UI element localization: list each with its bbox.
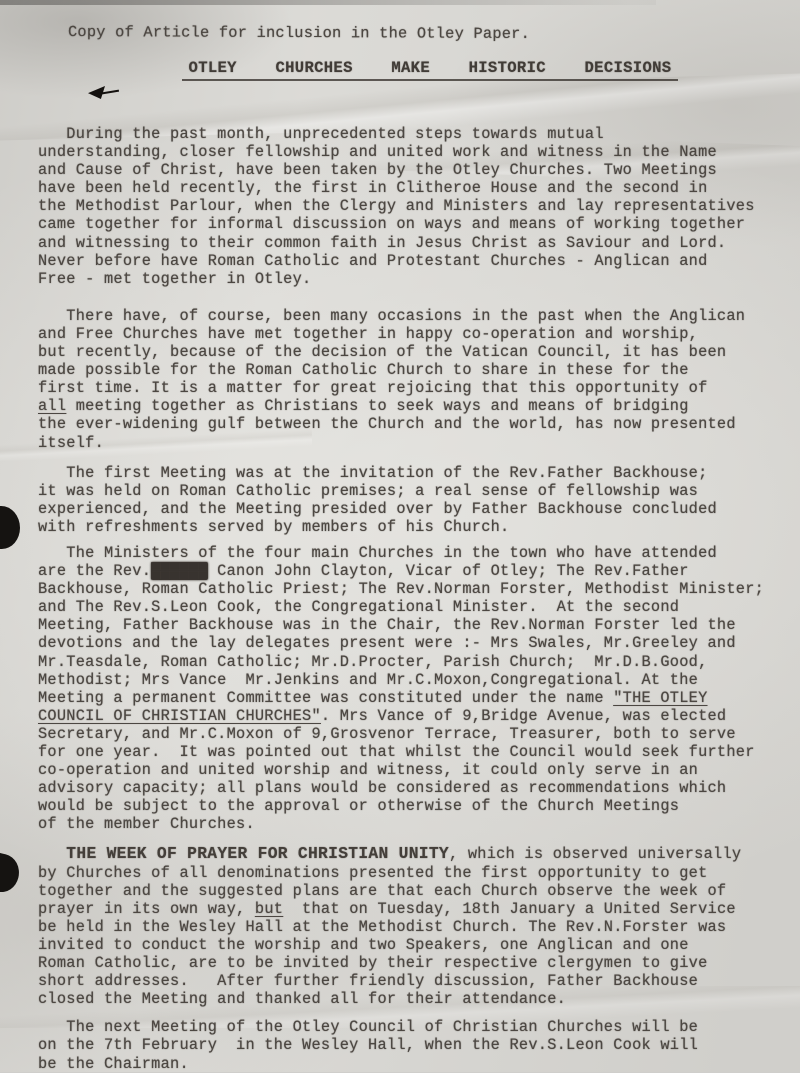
- text-line: be the Chairman.: [38, 1055, 788, 1073]
- text-line: Roman Catholic, are to be invited by the…: [38, 954, 788, 972]
- text-segment: Canon John Clayton, Vicar of Otley; The …: [208, 562, 689, 580]
- text-line: and The Rev.S.Leon Cook, the Congregatio…: [38, 598, 788, 616]
- text-segment: the ever-widening gulf between the Churc…: [38, 415, 736, 433]
- text-segment: experienced, and the Meeting presided ov…: [38, 500, 717, 518]
- text-segment: with refreshments served by members of h…: [38, 518, 509, 536]
- text-segment: Roman Catholic, are to be invited by the…: [38, 954, 708, 972]
- text-segment: COUNCIL OF CHRISTIAN CHURCHES": [38, 707, 321, 725]
- text-segment: The first Meeting was at the invitation …: [38, 464, 708, 482]
- text-line: Mr.Teasdale, Roman Catholic; Mr.D.Procte…: [38, 653, 788, 671]
- text-line: for one year. It was pointed out that wh…: [38, 743, 788, 761]
- text-segment: made possible for the Roman Catholic Chu…: [38, 361, 689, 379]
- text-segment: Meeting, Father Backhouse was in the Cha…: [38, 616, 736, 634]
- text-segment: invited to conduct the worship and two S…: [38, 936, 689, 954]
- text-segment: The Ministers of the four main Churches …: [38, 544, 717, 562]
- text-line: The Ministers of the four main Churches …: [38, 544, 788, 562]
- text-segment: advisory capacity; all plans would be co…: [38, 779, 726, 797]
- text-segment: are the Rev.: [38, 562, 151, 580]
- text-segment: would be subject to the approval or othe…: [38, 797, 679, 815]
- text-line: first time. It is a matter for great rej…: [38, 379, 788, 397]
- text-segment: closed the Meeting and thanked all for t…: [38, 990, 566, 1008]
- article-title: OTLEY CHURCHES MAKE HISTORIC DECISIONS: [182, 59, 679, 81]
- text-line: Methodist; Mrs Vance Mr.Jenkins and Mr.C…: [38, 671, 788, 689]
- text-line: advisory capacity; all plans would be co…: [38, 779, 788, 797]
- scanned-page: Copy of Article for inclusion in the Otl…: [0, 0, 800, 1072]
- text-segment: prayer in its own way,: [38, 900, 255, 918]
- text-line: COUNCIL OF CHRISTIAN CHURCHES". Mrs Vanc…: [38, 707, 788, 725]
- text-line: the ever-widening gulf between the Churc…: [38, 415, 788, 433]
- text-line: and Free Churches have met together in h…: [38, 325, 788, 343]
- text-segment: for one year. It was pointed out that wh…: [38, 743, 755, 761]
- text-line: Secretary, and Mr.C.Moxon of 9,Grosvenor…: [38, 725, 788, 743]
- text-segment: all: [38, 397, 66, 415]
- text-line: all meeting together as Christians to se…: [38, 397, 788, 415]
- text-line: it was held on Roman Catholic premises; …: [38, 482, 788, 500]
- text-line: Free - met together in Otley.: [38, 270, 788, 288]
- text-line: During the past month, unprecedented ste…: [38, 125, 788, 143]
- text-segment: meeting together as Christians to seek w…: [66, 397, 688, 415]
- paragraph: The first Meeting was at the invitation …: [38, 464, 788, 536]
- text-line: The first Meeting was at the invitation …: [38, 464, 788, 482]
- text-line: closed the Meeting and thanked all for t…: [38, 990, 788, 1008]
- text-segment: have been held recently, the first in Cl…: [38, 179, 708, 197]
- paragraph: THE WEEK OF PRAYER FOR CHRISTIAN UNITY, …: [38, 845, 788, 1008]
- text-segment: itself.: [38, 434, 104, 452]
- text-line: prayer in its own way, but that on Tuesd…: [38, 900, 788, 918]
- text-line: understanding, closer fellowship and uni…: [38, 143, 788, 161]
- text-segment: , which is observed universally: [449, 845, 741, 863]
- text-segment: be the Chairman.: [38, 1055, 189, 1073]
- text-line: There have, of course, been many occasio…: [38, 307, 788, 325]
- text-segment: that on Tuesday, 18th January a United S…: [283, 900, 736, 918]
- text-segment: "THE OTLEY: [613, 689, 707, 707]
- text-line: Backhouse, Roman Catholic Priest; The Re…: [38, 580, 788, 598]
- article-body: During the past month, unprecedented ste…: [38, 125, 788, 1072]
- text-segment: came together for informal discussion on…: [38, 215, 745, 233]
- text-line: of the member Churches.: [38, 815, 788, 833]
- text-line: are the Rev.██████ Canon John Clayton, V…: [38, 562, 788, 580]
- text-segment: Free - met together in Otley.: [38, 270, 311, 288]
- text-line: but recently, because of the decision of…: [38, 343, 788, 361]
- text-segment: co-operation and united worship and witn…: [38, 761, 698, 779]
- text-line: made possible for the Roman Catholic Chu…: [38, 361, 788, 379]
- text-segment: but recently, because of the decision of…: [38, 343, 726, 361]
- text-line: with refreshments served by members of h…: [38, 518, 788, 536]
- scan-top-edge-shadow: [0, 0, 656, 5]
- text-segment: The next Meeting of the Otley Council of…: [38, 1018, 698, 1036]
- text-segment: and Free Churches have met together in h…: [38, 325, 698, 343]
- text-line: and witnessing to their common faith in …: [38, 234, 788, 252]
- text-line: and Cause of Christ, have been taken by …: [38, 161, 788, 179]
- ink-blot-mark: [0, 850, 23, 895]
- text-segment: but: [255, 900, 283, 918]
- text-line: be held in the Wesley Hall at the Method…: [38, 918, 788, 936]
- text-segment: [38, 845, 66, 863]
- ink-arrow-mark: [88, 84, 120, 101]
- header-note: Copy of Article for inclusion in the Otl…: [68, 23, 530, 43]
- text-segment: by Churches of all denominations present…: [38, 864, 708, 882]
- text-line: by Churches of all denominations present…: [38, 864, 788, 882]
- text-segment: Never before have Roman Catholic and Pro…: [38, 252, 708, 270]
- text-segment: THE WEEK OF PRAYER FOR CHRISTIAN UNITY: [66, 844, 449, 863]
- text-segment: of the member Churches.: [38, 815, 255, 833]
- text-segment: together and the suggested plans are tha…: [38, 882, 726, 900]
- arrow-tail: [102, 90, 119, 95]
- text-segment: on the 7th February in the Wesley Hall, …: [38, 1036, 698, 1054]
- text-line: would be subject to the approval or othe…: [38, 797, 788, 815]
- text-segment: first time. It is a matter for great rej…: [38, 379, 708, 397]
- text-line: invited to conduct the worship and two S…: [38, 936, 788, 954]
- text-segment: devotions and the lay delegates present …: [38, 634, 736, 652]
- text-segment: and The Rev.S.Leon Cook, the Congregatio…: [38, 598, 679, 616]
- text-line: THE WEEK OF PRAYER FOR CHRISTIAN UNITY, …: [38, 845, 788, 863]
- text-segment: the Methodist Parlour, when the Clergy a…: [38, 197, 755, 215]
- text-line: Never before have Roman Catholic and Pro…: [38, 252, 788, 270]
- text-line: experienced, and the Meeting presided ov…: [38, 500, 788, 518]
- text-segment: . Mrs Vance of 9,Bridge Avenue, was elec…: [321, 707, 726, 725]
- text-segment: Mr.Teasdale, Roman Catholic; Mr.D.Procte…: [38, 653, 708, 671]
- text-segment: During the past month, unprecedented ste…: [38, 125, 604, 143]
- text-segment: be held in the Wesley Hall at the Method…: [38, 918, 726, 936]
- paragraph: The next Meeting of the Otley Council of…: [38, 1018, 788, 1072]
- text-line: came together for informal discussion on…: [38, 215, 788, 233]
- text-segment: Backhouse, Roman Catholic Priest; The Re…: [38, 580, 764, 598]
- text-segment: Secretary, and Mr.C.Moxon of 9,Grosvenor…: [38, 725, 736, 743]
- text-segment: short addresses. After further friendly …: [38, 972, 698, 990]
- text-segment: Methodist; Mrs Vance Mr.Jenkins and Mr.C…: [38, 671, 698, 689]
- text-line: devotions and the lay delegates present …: [38, 634, 788, 652]
- paragraph: During the past month, unprecedented ste…: [38, 125, 788, 288]
- ink-blot-mark: [0, 506, 20, 549]
- struck-out-word: ██████: [151, 562, 208, 580]
- text-line: have been held recently, the first in Cl…: [38, 179, 788, 197]
- text-segment: and Cause of Christ, have been taken by …: [38, 161, 717, 179]
- text-segment: and witnessing to their common faith in …: [38, 234, 726, 252]
- text-line: itself.: [38, 434, 788, 452]
- text-line: the Methodist Parlour, when the Clergy a…: [38, 197, 788, 215]
- text-segment: understanding, closer fellowship and uni…: [38, 143, 717, 161]
- paragraph: There have, of course, been many occasio…: [38, 307, 788, 452]
- text-line: on the 7th February in the Wesley Hall, …: [38, 1036, 788, 1054]
- text-line: The next Meeting of the Otley Council of…: [38, 1018, 788, 1036]
- title-row: OTLEY CHURCHES MAKE HISTORIC DECISIONS: [0, 59, 800, 81]
- text-segment: There have, of course, been many occasio…: [38, 307, 745, 325]
- paragraph: The Ministers of the four main Churches …: [38, 544, 788, 834]
- text-segment: it was held on Roman Catholic premises; …: [38, 482, 698, 500]
- text-line: Meeting, Father Backhouse was in the Cha…: [38, 616, 788, 634]
- text-line: co-operation and united worship and witn…: [38, 761, 788, 779]
- text-line: Meeting a permanent Committee was consti…: [38, 689, 788, 707]
- text-line: together and the suggested plans are tha…: [38, 882, 788, 900]
- text-segment: Meeting a permanent Committee was consti…: [38, 689, 613, 707]
- text-line: short addresses. After further friendly …: [38, 972, 788, 990]
